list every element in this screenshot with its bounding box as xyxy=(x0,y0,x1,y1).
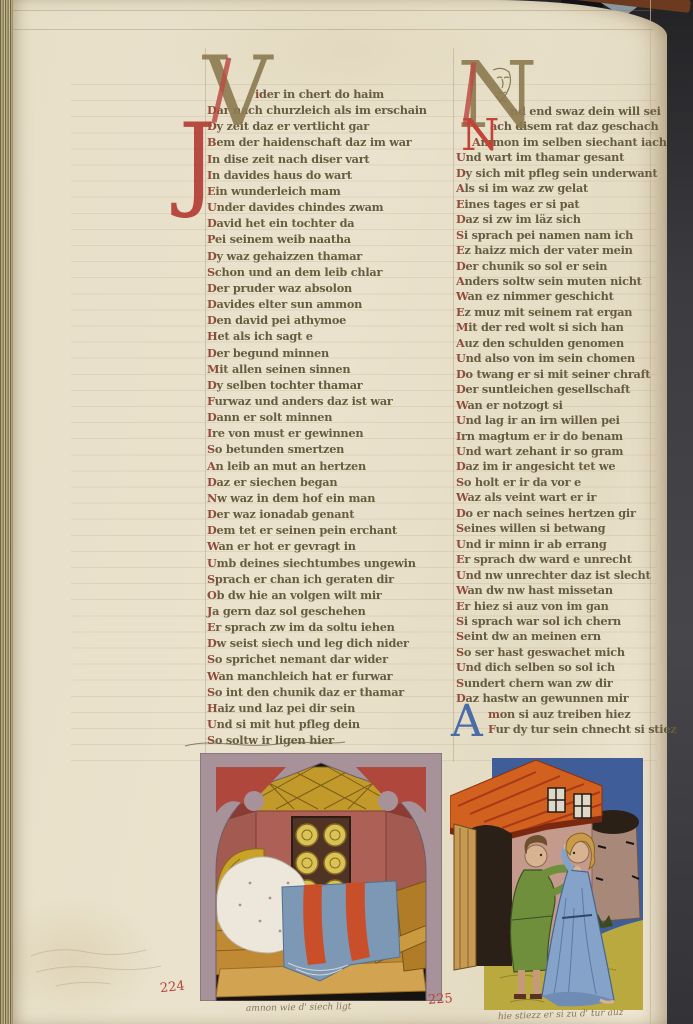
verse-line: Daz si zw im läz sich xyxy=(456,212,664,227)
verse-line: David het ein tochter da xyxy=(207,215,457,231)
verse-line: Sprach er chan ich geraten dir xyxy=(207,571,457,587)
face-nose-mouth xyxy=(498,79,506,93)
verse-line: So holt er ir da vor e xyxy=(456,475,664,490)
verse-line: Ein wunderleich mam xyxy=(207,183,457,199)
verse-line: Der pruder waz absolon xyxy=(207,280,457,296)
verse-line: Dw seist siech und leg dich nider xyxy=(207,635,457,651)
verse-line: Seines willen si betwang xyxy=(456,521,664,536)
verse-line: ider in chert do haim xyxy=(255,86,457,102)
verse-line: So betunden smertzen xyxy=(207,441,457,457)
verse-line: Eines tages er si pat xyxy=(456,197,664,212)
verse-line: Er sprach dw ward e unrecht xyxy=(456,552,664,567)
verse-line: Het als ich sagt e xyxy=(207,328,457,344)
verse-line: Ez haizz mich der vater mein xyxy=(456,243,664,258)
verse-line: Mit der red wolt si sich han xyxy=(456,320,664,335)
verse-line: Haiz und laz pei dir sein xyxy=(207,700,457,716)
verse-line: Wan dw nw hast missetan xyxy=(456,583,664,598)
verse-line: So sprichet nemant dar wider xyxy=(207,651,457,667)
caption-left-miniature: amnon wie d' siech ligt xyxy=(246,1002,351,1014)
face-eyes xyxy=(497,77,509,78)
verse-line: Und also von im sein chomen xyxy=(456,351,664,366)
verse-line: Der suntleichen gesellschaft xyxy=(456,382,664,397)
verse-line: mon si auz treiben hiez xyxy=(488,707,664,722)
verse-line: An leib an mut an hertzen xyxy=(207,458,457,474)
ruling-line xyxy=(13,29,653,30)
verse-line: In davides haus do wart xyxy=(207,167,457,183)
verse-line: Und lag ir an irn willen pei xyxy=(456,413,664,428)
verse-line: Si sprach pei namen nam ich xyxy=(456,228,664,243)
blue-initial-A: A xyxy=(451,700,483,744)
verse-line: Wan manchleich hat er furwar xyxy=(207,668,457,684)
verse-line: Ja gern daz sol geschehen xyxy=(207,603,457,619)
verse-line: Daz im ir angesicht tet we xyxy=(456,459,664,474)
verse-line: So ser hast geswachet mich xyxy=(456,645,664,660)
face-beard xyxy=(496,96,507,101)
verse-line: Der chunik so sol er sein xyxy=(456,259,664,274)
pencil-note-illegible xyxy=(26,940,176,992)
verse-line: Und si mit hut pfleg dein xyxy=(207,716,457,732)
verse-line: Dy selben tochter thamar xyxy=(207,377,457,393)
verse-line: Und nw unrechter daz ist slecht xyxy=(456,568,664,583)
verse-line: Als si im waz zw gelat xyxy=(456,181,664,196)
margin-initial-J: J xyxy=(179,110,216,213)
right-text-column: nd end swaz dein will seiach disem rat d… xyxy=(456,104,664,738)
verse-line: Sundert chern wan zw dir xyxy=(456,676,664,691)
folio-number-right: 225 xyxy=(428,991,454,1008)
verse-line: Wan er hot er gevragt in xyxy=(207,538,457,554)
verse-line: In dise zeit nach diser vart xyxy=(207,151,457,167)
verse-line: Daz hastw an gewunnen mir xyxy=(456,691,664,706)
ruling-line xyxy=(13,10,653,11)
verse-line: Wan er notzogt si xyxy=(456,398,664,413)
miniature-expulsion-of-thamar xyxy=(450,758,643,1010)
verse-line: Pei seinem weib naatha xyxy=(207,231,457,247)
verse-line: Anders soltw sein muten nicht xyxy=(456,274,664,289)
verse-line: Ez muz mit seinem rat ergan xyxy=(456,305,664,320)
amnon-head xyxy=(525,845,547,867)
verse-line: Dem tet er seinen pein erchant xyxy=(207,522,457,538)
verse-line: Fur dy tur sein chnecht si stiez xyxy=(488,722,664,737)
verse-line: Under davides chindes zwam xyxy=(207,199,457,215)
verse-line: Und dich selben so sol ich xyxy=(456,660,664,675)
verse-line: Er hiez si auz von im gan xyxy=(456,599,664,614)
verse-line: Dann er solt minnen xyxy=(207,409,457,425)
verse-line: Wan ez nimmer geschicht xyxy=(456,289,664,304)
verse-line: Auz den schulden genomen xyxy=(456,336,664,351)
doorway xyxy=(454,824,512,970)
verse-line: Der begund minnen xyxy=(207,345,457,361)
verse-line: Seint dw an meinen ern xyxy=(456,629,664,644)
verse-line: So int den chunik daz er thamar xyxy=(207,684,457,700)
verse-line: Dy waz gehaizzen thamar xyxy=(207,248,457,264)
initial-face-icon xyxy=(489,66,515,106)
verse-line: Und wart zehant ir so gram xyxy=(456,444,664,459)
verse-line: Nw waz in dem hof ein man xyxy=(207,490,457,506)
miniature-amnon-in-bed xyxy=(200,753,442,1001)
verse-line: Ire von must er gewinnen xyxy=(207,425,457,441)
red-initial-N: N xyxy=(461,114,500,158)
verse-line: Ob dw hie an volgen wilt mir xyxy=(207,587,457,603)
verse-line: Mit allen seinen sinnen xyxy=(207,361,457,377)
verse-line: Und ir minn ir ab errang xyxy=(456,537,664,552)
verse-line: Den david pei athymoe xyxy=(207,312,457,328)
verse-line: Daz er siechen began xyxy=(207,474,457,490)
verse-line: Umb deines siechtumbes ungewin xyxy=(207,555,457,571)
manuscript-photo: ider in chert do haimDar nach churzleich… xyxy=(0,0,693,1024)
verse-line: Do twang er si mit seiner chraft xyxy=(456,367,664,382)
verse-line: Si sprach war sol ich chern xyxy=(456,614,664,629)
verse-line: Waz als veint wart er ir xyxy=(456,490,664,505)
verse-line: Dy sich mit pfleg sein underwant xyxy=(456,166,664,181)
verse-line: Davides elter sun ammon xyxy=(207,296,457,312)
verse-line: Do er nach seines hertzen gir xyxy=(456,506,664,521)
verse-line: Irn magtum er ir do benam xyxy=(456,429,664,444)
verse-line: Der waz ionadab genant xyxy=(207,506,457,522)
pen-flourish xyxy=(183,736,348,752)
verse-line: Er sprach zw im da soltu iehen xyxy=(207,619,457,635)
verse-line: Furwaz und anders daz ist war xyxy=(207,393,457,409)
verse-line: Schon und an dem leib chlar xyxy=(207,264,457,280)
face-outline xyxy=(493,68,511,102)
left-text-column: ider in chert do haimDar nach churzleich… xyxy=(207,86,457,748)
